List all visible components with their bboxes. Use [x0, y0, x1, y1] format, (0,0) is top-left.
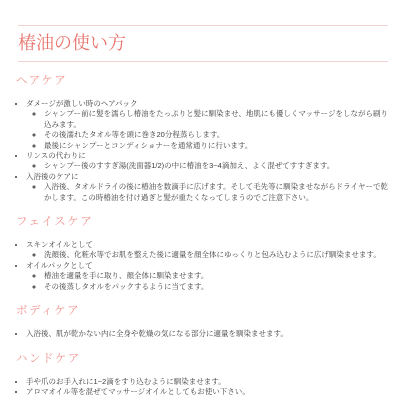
sub-list-item: シャンプー後のすすぎ湯(洗面器1/2)の中に椿油を3~4滴加え、よく混ぜてすすぎ…	[44, 161, 390, 171]
title-divider	[18, 61, 388, 62]
sub-list-item: 洗顔後、化粧水等でお肌を整えた後に適量を顔全体にゆっくりと包み込むように広げ馴染…	[44, 250, 390, 260]
list-item: スキンオイルとして洗顔後、化粧水等でお肌を整えた後に適量を顔全体にゆっくりと包み…	[26, 240, 390, 261]
sub-bullet-list: 椿油を適量を手に取り、顔全体に馴染ませます。その後蒸しタオルをパックするように当…	[26, 271, 390, 292]
section-heading: ボディケア	[16, 305, 390, 317]
sub-list-item: その後蒸しタオルをパックするように当てます。	[44, 282, 390, 292]
sub-list-item: 椿油を適量を手に取り、顔全体に馴染ませます。	[44, 271, 390, 281]
list-item-text: 入浴後のケアに	[26, 172, 79, 181]
section-heading: ハンドケア	[16, 353, 390, 365]
sub-bullet-list: 洗顔後、化粧水等でお肌を整えた後に適量を顔全体にゆっくりと包み込むように広げ馴染…	[26, 250, 390, 260]
sections-container: ヘアケアダメージが激しい時のヘアパックシャンプー前に髪を濡らし椿油をたっぷりと髪…	[12, 75, 390, 397]
list-item-text: ダメージが激しい時のヘアパック	[26, 99, 138, 108]
list-item: 入浴後、肌が乾かない内に全身や乾燥の気になる部分に適量を馴染ませます。	[26, 329, 390, 339]
section-heading: ヘアケア	[16, 75, 390, 87]
top-divider	[18, 25, 388, 26]
list-item-text: スキンオイルとして	[26, 240, 93, 249]
list-item-text: アロマオイル等を混ぜてマッサージオイルとしてもお使い下さい。	[26, 387, 250, 396]
list-item-text: リンスの代わりに	[26, 151, 86, 160]
page-title: 椿油の使い方	[18, 33, 390, 53]
sub-list-item: 最後にシャンプーとコンディショナーを通常通りに行います。	[44, 141, 390, 151]
list-item-text: 入浴後、肌が乾かない内に全身や乾燥の気になる部分に適量を馴染ませます。	[26, 329, 288, 338]
list-item-text: オイルパックとして	[26, 261, 93, 270]
section-heading: フェイスケア	[16, 216, 390, 228]
list-item: 手や爪のお手入れに1~2滴をすり込むように馴染ませます。	[26, 377, 390, 387]
bullet-list: ダメージが激しい時のヘアパックシャンプー前に髪を濡らし椿油をたっぷりと髪に馴染ま…	[12, 99, 390, 203]
sub-bullet-list: シャンプー後のすすぎ湯(洗面器1/2)の中に椿油を3~4滴加え、よく混ぜてすすぎ…	[26, 161, 390, 171]
sub-bullet-list: 入浴後、タオルドライの後に椿油を数滴手に広げます。そして毛先等に馴染ませながらド…	[26, 182, 390, 203]
bullet-list: スキンオイルとして洗顔後、化粧水等でお肌を整えた後に適量を顔全体にゆっくりと包み…	[12, 240, 390, 292]
sub-list-item: その後濡れたタオル等を頭に巻き20分程蒸らします。	[44, 130, 390, 140]
list-item: アロマオイル等を混ぜてマッサージオイルとしてもお使い下さい。	[26, 387, 390, 397]
list-item: リンスの代わりにシャンプー後のすすぎ湯(洗面器1/2)の中に椿油を3~4滴加え、…	[26, 151, 390, 172]
list-item-text: 手や爪のお手入れに1~2滴をすり込むように馴染ませます。	[26, 377, 226, 386]
list-item: ダメージが激しい時のヘアパックシャンプー前に髪を濡らし椿油をたっぷりと髪に馴染ま…	[26, 99, 390, 151]
list-item: 入浴後のケアに入浴後、タオルドライの後に椿油を数滴手に広げます。そして毛先等に馴…	[26, 172, 390, 203]
sub-bullet-list: シャンプー前に髪を濡らし椿油をたっぷりと髪に馴染ませ、地肌にも優しくマッサージを…	[26, 109, 390, 151]
sub-list-item: 入浴後、タオルドライの後に椿油を数滴手に広げます。そして毛先等に馴染ませながらド…	[44, 182, 390, 203]
bullet-list: 手や爪のお手入れに1~2滴をすり込むように馴染ませます。アロマオイル等を混ぜてマ…	[12, 377, 390, 398]
document-page: 椿油の使い方 ヘアケアダメージが激しい時のヘアパックシャンプー前に髪を濡らし椿油…	[0, 0, 400, 400]
list-item: オイルパックとして椿油を適量を手に取り、顔全体に馴染ませます。その後蒸しタオルを…	[26, 261, 390, 292]
sub-list-item: シャンプー前に髪を濡らし椿油をたっぷりと髪に馴染ませ、地肌にも優しくマッサージを…	[44, 109, 390, 130]
bullet-list: 入浴後、肌が乾かない内に全身や乾燥の気になる部分に適量を馴染ませます。	[12, 329, 390, 339]
